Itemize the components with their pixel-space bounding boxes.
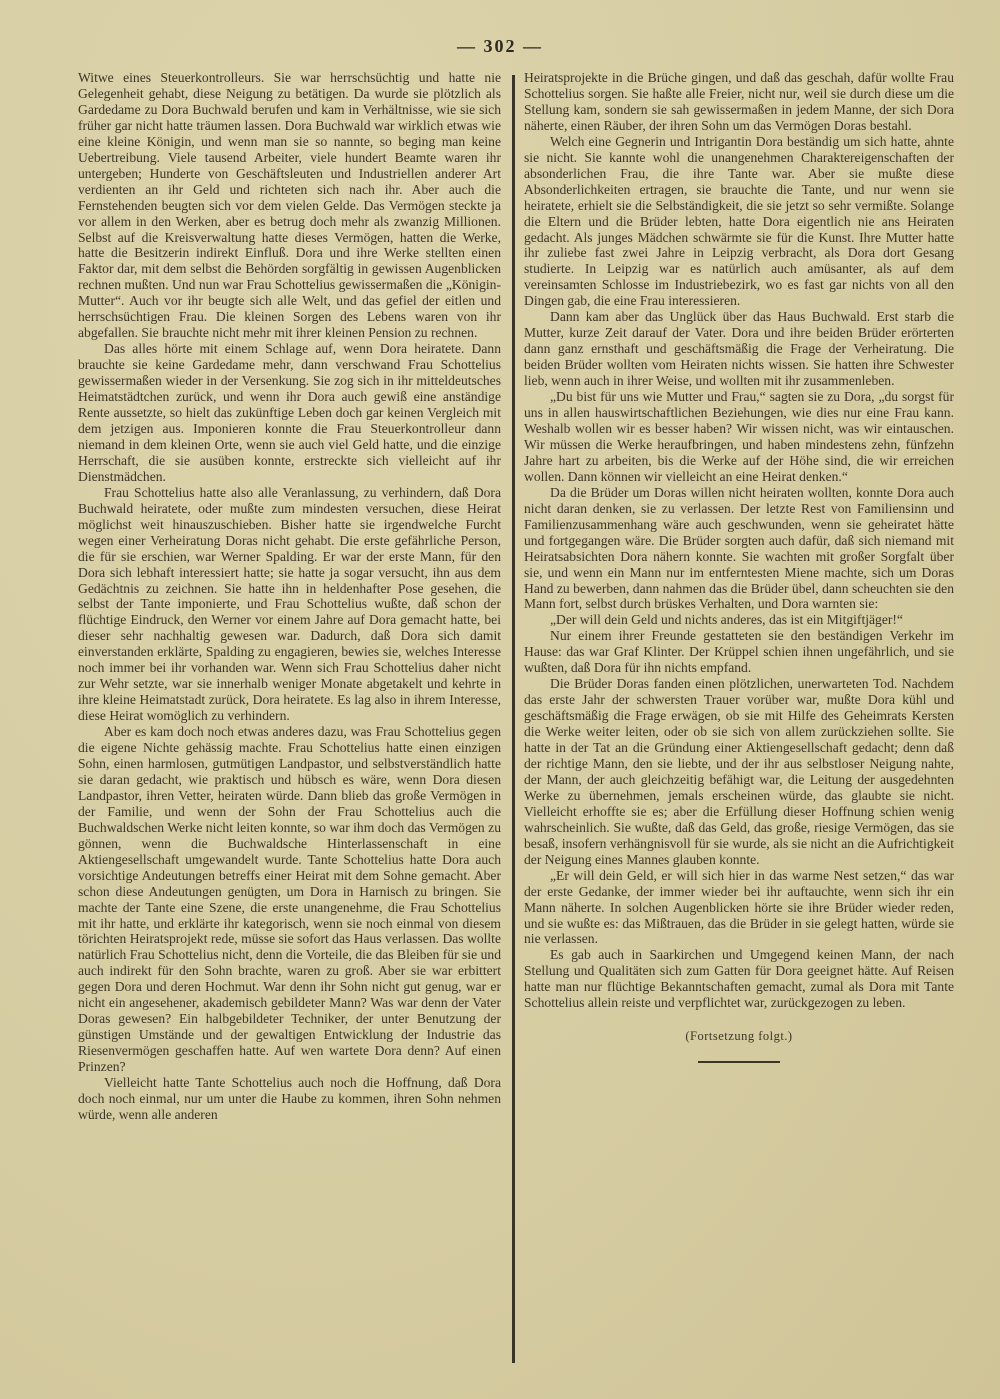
- continuation-note: (Fortsetzung folgt.): [524, 1029, 954, 1045]
- quote-paragraph: „Der will dein Geld und nichts anderes, …: [524, 612, 954, 628]
- paragraph: Heiratsprojekte in die Brüche gingen, un…: [524, 70, 954, 134]
- quote-paragraph: „Du bist für uns wie Mutter und Frau,“ s…: [524, 389, 954, 485]
- page-number: — 302 —: [0, 36, 1000, 57]
- paragraph: Die Brüder Doras fanden einen plötzliche…: [524, 676, 954, 867]
- paragraph: Nur einem ihrer Freunde gestatteten sie …: [524, 628, 954, 676]
- paragraph: Frau Schottelius hatte also alle Veranla…: [78, 485, 501, 724]
- paragraph: Witwe eines Steuerkontrolleurs. Sie war …: [78, 70, 501, 341]
- right-column: Heiratsprojekte in die Brüche gingen, un…: [524, 70, 954, 1063]
- paragraph: Dann kam aber das Unglück über das Haus …: [524, 309, 954, 389]
- end-rule: [698, 1061, 780, 1063]
- paragraph: Aber es kam doch noch etwas anderes dazu…: [78, 724, 501, 1075]
- paragraph: Das alles hörte mit einem Schlage auf, w…: [78, 341, 501, 485]
- paragraph: Da die Brüder um Doras willen nicht heir…: [524, 485, 954, 613]
- paragraph: Welch eine Gegnerin und Intrigantin Dora…: [524, 134, 954, 309]
- article-columns: Witwe eines Steuerkontrolleurs. Sie war …: [78, 70, 983, 1370]
- column-divider: [512, 75, 515, 1363]
- paragraph: Es gab auch in Saarkirchen und Umgegend …: [524, 947, 954, 1011]
- paragraph: Vielleicht hatte Tante Schottelius auch …: [78, 1075, 501, 1123]
- quote-paragraph: „Er will dein Geld, er will sich hier in…: [524, 868, 954, 948]
- left-column: Witwe eines Steuerkontrolleurs. Sie war …: [78, 70, 501, 1123]
